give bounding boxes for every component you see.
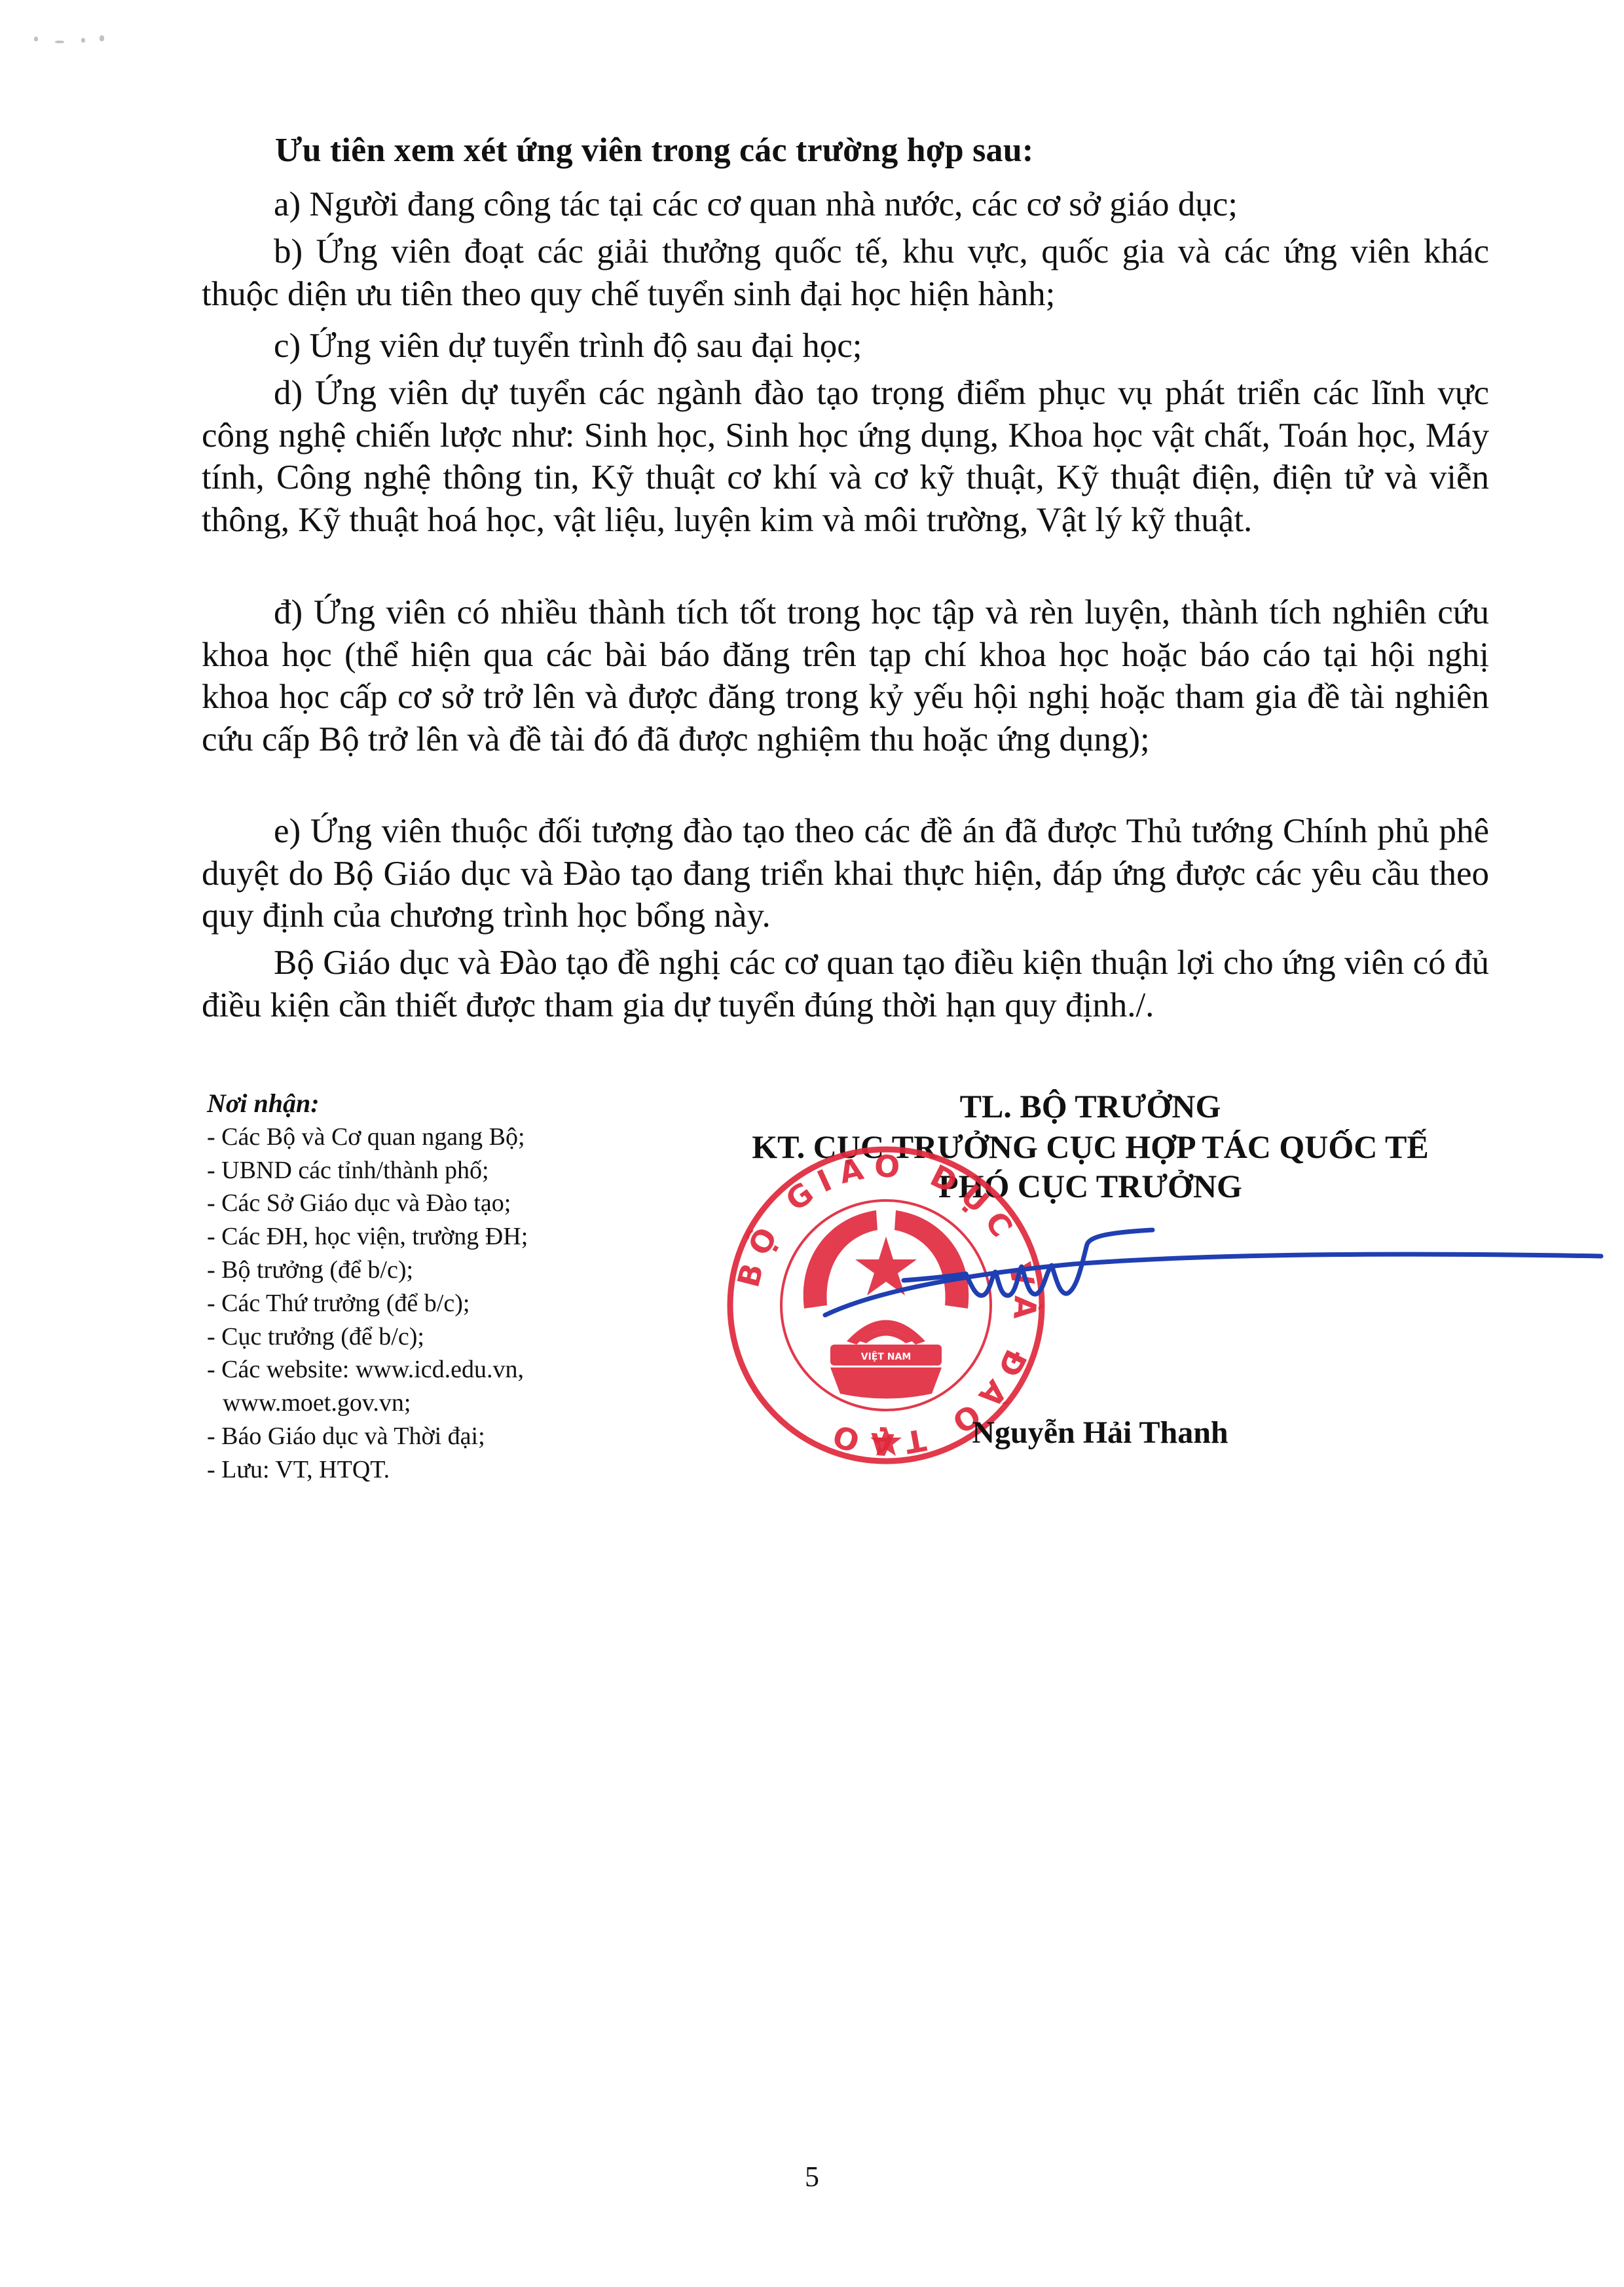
recipient-item: - Cục trưởng (để b/c); (207, 1320, 528, 1354)
recipient-item-continuation: www.moet.gov.vn; (207, 1386, 528, 1420)
recipient-item: - Các Thứ trưởng (để b/c); (207, 1287, 528, 1320)
closing-paragraph: Bộ Giáo dục và Đào tạo đề nghị các cơ qu… (202, 942, 1489, 1026)
recipient-item: - Các ĐH, học viện, trường ĐH; (207, 1220, 528, 1254)
recipient-item: - Báo Giáo dục và Thời đại; (207, 1420, 528, 1453)
paragraph-b: b) Ứng viên đoạt các giải thưởng quốc tế… (202, 231, 1489, 315)
document-page: Ưu tiên xem xét ứng viên trong các trườn… (0, 0, 1624, 2287)
svg-text:VIỆT NAM: VIỆT NAM (861, 1350, 912, 1362)
handwritten-signature (799, 1218, 1611, 1323)
paragraph-e: e) Ứng viên thuộc đối tượng đào tạo theo… (202, 810, 1489, 937)
recipient-item: - Lưu: VT, HTQT. (207, 1453, 528, 1487)
paragraph-c: c) Ứng viên dự tuyển trình độ sau đại họ… (202, 325, 1489, 367)
recipient-item: - Các Bộ và Cơ quan ngang Bộ; (207, 1121, 528, 1154)
recipients-list: Nơi nhận: - Các Bộ và Cơ quan ngang Bộ; … (207, 1087, 528, 1487)
recipient-item: - Các Sở Giáo dục và Đào tạo; (207, 1187, 528, 1220)
paragraph-d: d) Ứng viên dự tuyển các ngành đào tạo t… (202, 372, 1489, 541)
paragraph-dd: đ) Ứng viên có nhiều thành tích tốt tron… (202, 591, 1489, 760)
paragraph-a: a) Người đang công tác tại các cơ quan n… (202, 183, 1489, 226)
recipient-item: - Bộ trưởng (để b/c); (207, 1254, 528, 1287)
recipient-item: - UBND các tỉnh/thành phố; (207, 1154, 528, 1187)
signature-title-line-1: TL. BỘ TRƯỞNG (694, 1087, 1486, 1125)
signer-name: Nguyễn Hải Thanh (694, 1415, 1506, 1451)
recipients-title: Nơi nhận: (207, 1087, 528, 1121)
priority-heading: Ưu tiên xem xét ứng viên trong các trườn… (275, 131, 1033, 170)
recipient-item: - Các website: www.icd.edu.vn, (207, 1353, 528, 1386)
page-number: 5 (0, 2160, 1624, 2193)
scan-artifact-marks (31, 33, 110, 46)
